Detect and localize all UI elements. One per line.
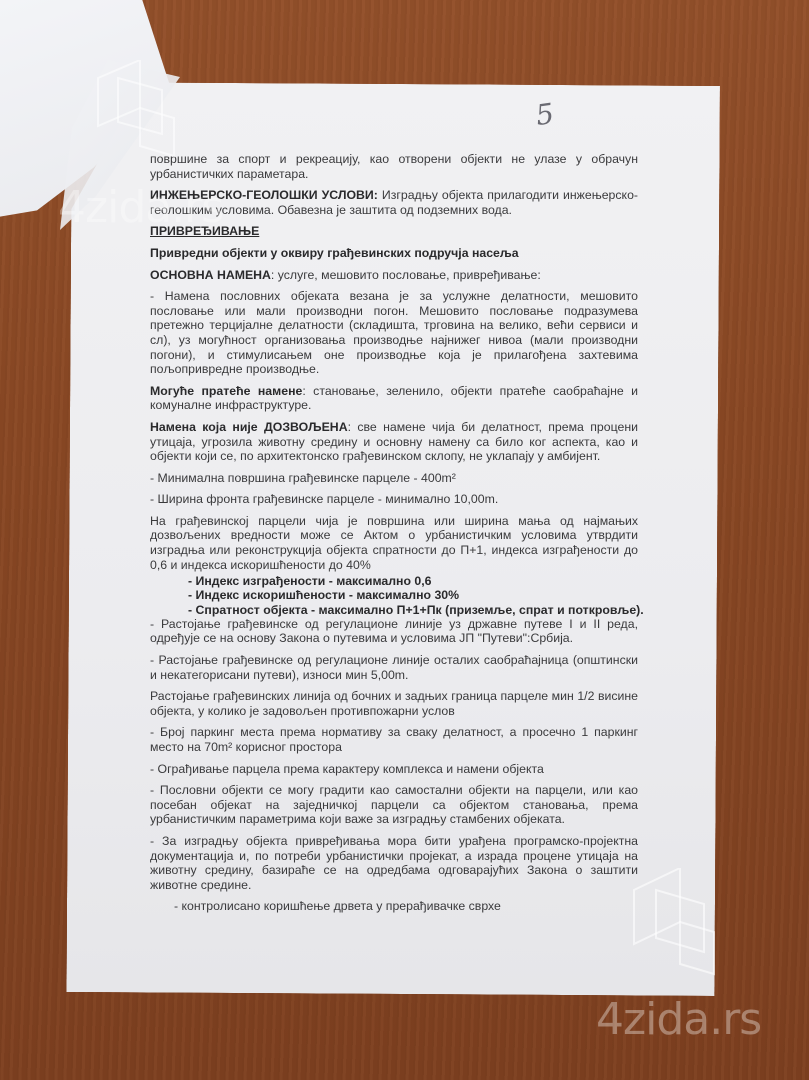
- watermark-brand: 4zida.rs: [58, 182, 223, 233]
- paragraph-wood-usage: - контролисано коришћење дрвета у прерађ…: [174, 899, 638, 914]
- min-plot-area: - Минимална површина грађевинске парцеле…: [150, 471, 638, 486]
- paragraph-other-roads: - Растојање грађевинске од регулационе л…: [150, 653, 638, 682]
- paragraph-documentation: - За изградњу објекта привређивања мора …: [150, 834, 638, 892]
- paragraph-basic-purpose: ОСНОВНА НАМЕНА: услуге, мешовито послова…: [150, 268, 638, 283]
- paragraph-small-plot: На грађевинској парцели чија је површина…: [150, 514, 638, 572]
- parameter-item: - Спратност објекта - максимално П+1+Пк …: [188, 603, 638, 617]
- forbidden-label: Намена која није ДОЗВОЉЕНА: [150, 420, 348, 434]
- parameter-item: - Индекс искоришћености - максимално 30%: [188, 588, 638, 602]
- basic-purpose-text: : услуге, мешовито пословање, привређива…: [271, 268, 541, 282]
- watermark-brand: 4zida.rs: [596, 994, 761, 1045]
- subheading: Привредни објекти у оквиру грађевинских …: [150, 246, 638, 261]
- possible-label: Могуће пратеће намене: [150, 384, 302, 398]
- document-body: површине за спорт и рекреацију, као отво…: [150, 152, 638, 921]
- paragraph-parking: - Број паркинг места према нормативу за …: [150, 725, 638, 754]
- parameter-item: - Индекс изграђености - максимално 0,6: [188, 574, 638, 588]
- basic-purpose-label: ОСНОВНА НАМЕНА: [150, 268, 271, 282]
- paragraph-forbidden-purposes: Намена која није ДОЗВОЉЕНА: све намене ч…: [150, 420, 638, 464]
- paragraph-business-buildings: - Пословни објекти се могу градити као с…: [150, 783, 638, 827]
- paragraph-side-boundaries: Растојање грађевинских линија од бочних …: [150, 689, 638, 718]
- paragraph-fencing: - Ограђивање парцела према карактеру ком…: [150, 762, 638, 777]
- paragraph-state-roads: - Растојање грађевинске од регулационе л…: [150, 617, 638, 646]
- min-front-width: - Ширина фронта грађевинске парцеле - ми…: [150, 492, 638, 507]
- paragraph-business-purpose: - Намена пословних објеката везана је за…: [150, 289, 638, 377]
- stacked-squares-logo-icon: [630, 868, 720, 978]
- parameter-list: - Индекс изграђености - максимално 0,6 -…: [188, 574, 638, 617]
- stacked-squares-logo-icon: [92, 60, 182, 160]
- paragraph-possible-purposes: Могуће пратеће намене: становање, зелени…: [150, 384, 638, 413]
- paragraph-sport-recreation: површине за спорт и рекреацију, као отво…: [150, 152, 638, 181]
